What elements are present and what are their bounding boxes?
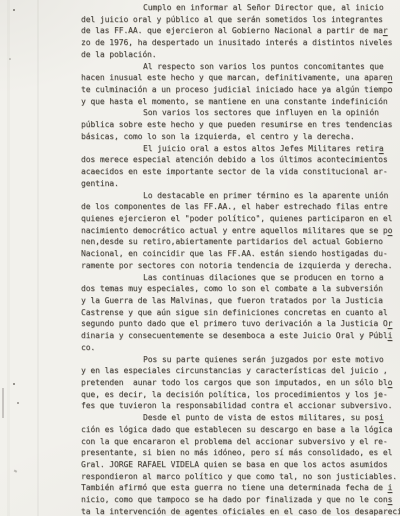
document-line: Gral. JORGE RAFAEL VIDELA quien se basa … [81, 459, 400, 471]
document-line: pretenden aunar todo los cargos que son … [81, 377, 400, 389]
document-line: segundo punto dado que el primero tuvo d… [81, 318, 400, 330]
document-line: Cumplo en informar al Señor Director que… [81, 2, 400, 14]
document-line: pública sobre este hecho y que pueden re… [81, 119, 400, 131]
document-line: Las continuas dilaciones que se producen… [81, 272, 400, 284]
document-line: de los componentes de las FF.AA., el hab… [81, 201, 400, 213]
document-line: Nacional, en coincidir que las FF.AA. es… [81, 248, 400, 260]
document-line: Desde el punto de vista de estos militar… [81, 412, 400, 424]
document-line: quienes ejercieron el "poder político", … [81, 213, 400, 225]
paper-edge-mark [2, 388, 4, 418]
document-line: te culminación a un proceso judicial ini… [81, 84, 400, 96]
document-line: presentante, si bien no más idóneo, pero… [81, 447, 400, 459]
document-page: Cumplo en informar al Señor Director que… [0, 0, 400, 516]
document-line: hacen inusual este hecho y que marcan, d… [81, 72, 400, 84]
document-line: También afirmó que esta guerra no tiene … [81, 482, 400, 494]
document-line: gentina. [81, 178, 400, 190]
document-line: nen,desde su retiro,abiertamente partida… [81, 236, 400, 248]
underlined-syllable-break: i [388, 483, 393, 492]
paper-speck [13, 383, 15, 385]
document-line: ción es lógica dado que establecen su de… [81, 424, 400, 436]
underlined-syllable-break: n [388, 73, 393, 82]
document-line: dos merece especial atención debido a lo… [81, 154, 400, 166]
document-line: básicas, como lo son la izquierda, el ce… [81, 131, 400, 143]
paper-speck [17, 402, 19, 404]
paper-fold-line [37, 0, 39, 516]
document-line: nacimiento democrático actual y entre aq… [81, 225, 400, 237]
document-line: Lo destacable en primer término es la ap… [81, 190, 400, 202]
document-line: Al respecto son varios los puntos concom… [81, 61, 400, 73]
document-line: Pos su parte quienes serán juzgados por … [81, 354, 400, 366]
document-line: co. [81, 342, 400, 354]
document-line: de la población. [81, 49, 400, 61]
document-line: zo de 1976, ha despertado un inusitado i… [81, 37, 400, 49]
document-line: y que hasta el momento, se mantiene en u… [81, 96, 400, 108]
underlined-syllable-break: i [388, 331, 393, 340]
underlined-syllable-break: o [388, 226, 393, 235]
document-line: Son varios los sectores que influyen en … [81, 107, 400, 119]
document-line: dinaria y consecuentemente se desemboca … [81, 330, 400, 342]
document-line: respondieron al marco político y que com… [81, 471, 400, 483]
underlined-syllable-break: s [388, 495, 393, 504]
underlined-syllable-break: r [383, 26, 388, 35]
document-text: Cumplo en informar al Señor Director que… [81, 2, 400, 516]
document-line: y en las especiales circunstancias y car… [81, 365, 400, 377]
document-line: acaecidos en este importante sector de l… [81, 166, 400, 178]
document-line: nicio, como que tampoco se ha dado por f… [81, 494, 400, 506]
document-line: de las FF.AA. que ejercieron al Gobierno… [81, 25, 400, 37]
underlined-syllable-break: i [379, 413, 384, 422]
document-line: y la Guerra de las Malvinas, que fueron … [81, 295, 400, 307]
document-line: ramente por sectores con notoria tendenc… [81, 260, 400, 272]
document-line: dos temas muy especiales, como lo son el… [81, 283, 400, 295]
underlined-syllable-break: o [388, 378, 393, 387]
document-line: del juicio oral y público al que serán s… [81, 14, 400, 26]
paper-speck [9, 58, 11, 60]
paper-speck [13, 9, 15, 11]
document-line: ta la intervención de agentes oficiales … [81, 506, 400, 516]
document-line: que, es decir, la decisión política, los… [81, 389, 400, 401]
document-line: Castrense y que aún sigue sin definicion… [81, 307, 400, 319]
paper-fold-line [7, 0, 10, 516]
document-line: con la que encararon el problema del acc… [81, 436, 400, 448]
document-line: fes que tuvieron la responsabilidad cont… [81, 400, 400, 412]
underlined-syllable-break: a [379, 144, 384, 153]
paper-speck [14, 470, 17, 473]
underlined-syllable-break: r [388, 319, 393, 328]
document-line: El juicio oral a estos altos Jefes Milit… [81, 143, 400, 155]
